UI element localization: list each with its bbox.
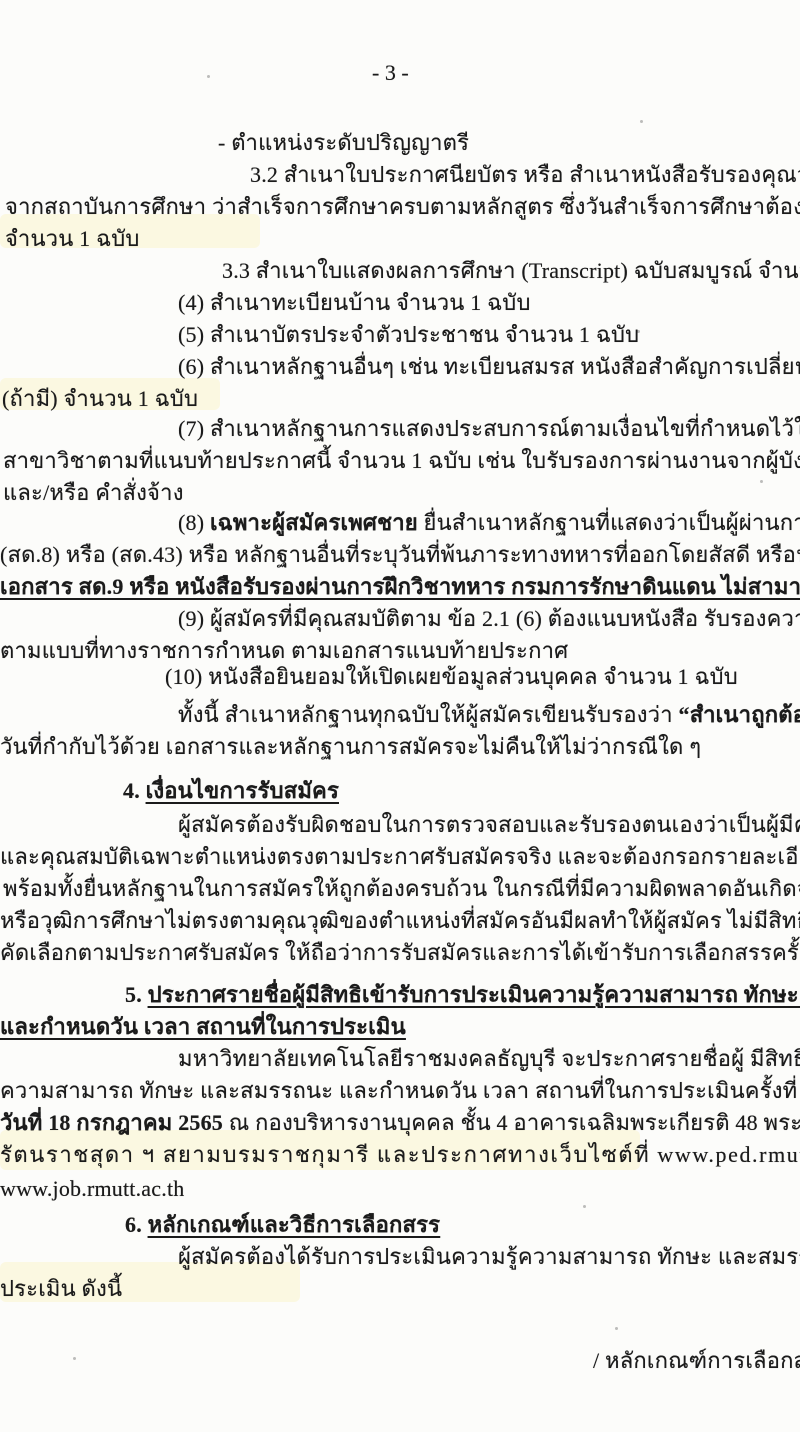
section-4-para-line-1: ผู้สมัครต้องรับผิดชอบในการตรวจสอบและรับร… bbox=[178, 810, 800, 840]
text-segment: (10) หนังสือยินยอมให้เปิดเผยข้อมูลส่วนบุ… bbox=[165, 664, 738, 689]
page-number: - 3 - bbox=[372, 60, 409, 86]
text-segment: ณ กองบริหารงานบุคคล ชั้น 4 อาคารเฉลิมพระ… bbox=[223, 1110, 800, 1135]
scanned-document-page: - 3 - - ตำแหน่งระดับปริญญาตรี 3.2 สำเนาใ… bbox=[0, 0, 800, 1432]
section-heading-6: 6. หลักเกณฑ์และวิธีการเลือกสรร bbox=[125, 1210, 440, 1240]
website-url: www.job.rmutt.ac.th bbox=[0, 1176, 184, 1201]
scan-artifact bbox=[615, 1327, 618, 1330]
item-6-line-1: (6) สำเนาหลักฐานอื่นๆ เช่น ทะเบียนสมรส ห… bbox=[178, 352, 800, 382]
note-line-1: ทั้งนี้ สำเนาหลักฐานทุกฉบับให้ผู้สมัครเข… bbox=[178, 700, 800, 730]
text-segment: สาขาวิชาตามที่แนบท้ายประกาศนี้ จำนวน 1 ฉ… bbox=[3, 448, 800, 473]
scan-artifact bbox=[73, 1357, 76, 1360]
section-heading-5-line-2: และกำหนดวัน เวลา สถานที่ในการประเมิน bbox=[0, 1012, 406, 1042]
text-segment: จากสถาบันการศึกษา ว่าสำเร็จการศึกษาครบตา… bbox=[5, 194, 800, 219]
text-segment: - ตำแหน่งระดับปริญญาตรี bbox=[218, 130, 469, 155]
text-segment: ความสามารถ ทักษะ และสมรรถนะ และกำหนดวัน … bbox=[0, 1078, 800, 1103]
exam-date-bold: วันที่ 18 กรกฎาคม 2565 bbox=[0, 1110, 223, 1135]
scan-artifact bbox=[583, 1205, 586, 1208]
section-heading-4: 4. เงื่อนไขการรับสมัคร bbox=[123, 776, 339, 806]
section-title: เงื่อนไขการรับสมัคร bbox=[146, 778, 339, 803]
text-segment: รัตนราชสุดา ฯ สยามบรมราชกุมารี และประกาศ… bbox=[0, 1142, 800, 1167]
item-5-line: (5) สำเนาบัตรประจำตัวประชาชน จำนวน 1 ฉบั… bbox=[178, 320, 639, 350]
text-segment: ตามแบบที่ทางราชการกำหนด ตามเอกสารแนบท้าย… bbox=[0, 638, 568, 663]
item-6-line-2: (ถ้ามี) จำนวน 1 ฉบับ bbox=[2, 384, 198, 414]
scan-artifact bbox=[640, 120, 643, 123]
text-segment: ยื่นสำเนาหลักฐานที่แสดงว่าเป็นผู้ผ่านการ… bbox=[418, 510, 800, 535]
section-number: 5. bbox=[125, 982, 148, 1007]
text-segment: และคุณสมบัติเฉพาะตำแหน่งตรงตามประกาศรับส… bbox=[0, 844, 800, 869]
text-segment: / หลักเกณฑ์การเลือกสรร.... bbox=[593, 1348, 800, 1373]
text-segment: ประเมิน ดังนี้ bbox=[0, 1276, 122, 1301]
text-segment: (ถ้ามี) จำนวน 1 ฉบับ bbox=[2, 386, 198, 411]
section-6-para-line-2: ประเมิน ดังนี้ bbox=[0, 1274, 122, 1304]
item-4-line: (4) สำเนาทะเบียนบ้าน จำนวน 1 ฉบับ bbox=[178, 288, 531, 318]
text-segment: มหาวิทยาลัยเทคโนโลยีราชมงคลธัญบุรี จะประ… bbox=[178, 1046, 800, 1071]
website-url-line: www.job.rmutt.ac.th bbox=[0, 1174, 184, 1204]
note-line-2: วันที่กำกับไว้ด้วย เอกสารและหลักฐานการสม… bbox=[0, 732, 701, 762]
item-3-2-line-1: 3.2 สำเนาใบประกาศนียบัตร หรือ สำเนาหนังส… bbox=[250, 160, 800, 190]
section-5-para-line-1: มหาวิทยาลัยเทคโนโลยีราชมงคลธัญบุรี จะประ… bbox=[178, 1044, 800, 1074]
section-4-para-line-3: พร้อมทั้งยื่นหลักฐานในการสมัครให้ถูกต้อง… bbox=[3, 874, 800, 904]
section-4-para-line-5: คัดเลือกตามประกาศรับสมัคร ให้ถือว่าการรั… bbox=[0, 938, 800, 968]
section-6-para-line-1: ผู้สมัครต้องได้รับการประเมินความรู้ความส… bbox=[178, 1242, 800, 1272]
text-segment: (6) สำเนาหลักฐานอื่นๆ เช่น ทะเบียนสมรส ห… bbox=[178, 354, 800, 379]
item-9-line-1: (9) ผู้สมัครที่มีคุณสมบัติตาม ข้อ 2.1 (6… bbox=[178, 604, 800, 634]
item-7-line-1: (7) สำเนาหลักฐานการแสดงประสบการณ์ตามเงื่… bbox=[178, 414, 800, 444]
continuation-note: / หลักเกณฑ์การเลือกสรร.... bbox=[593, 1346, 800, 1376]
text-segment: (9) ผู้สมัครที่มีคุณสมบัติตาม ข้อ 2.1 (6… bbox=[178, 606, 800, 631]
item-7-line-3: และ/หรือ คำสั่งจ้าง bbox=[3, 478, 184, 508]
text-segment-bold-underline: เอกสาร สด.9 หรือ หนังสือรับรองผ่านการฝึก… bbox=[0, 574, 800, 599]
section-heading-5: 5. ประกาศรายชื่อผู้มีสิทธิเข้ารับการประเ… bbox=[125, 980, 800, 1010]
text-segment: 3.3 สำเนาใบแสดงผลการศึกษา (Transcript) ฉ… bbox=[222, 258, 800, 283]
text-segment: ทั้งนี้ สำเนาหลักฐานทุกฉบับให้ผู้สมัครเข… bbox=[178, 702, 679, 727]
text-segment: พร้อมทั้งยื่นหลักฐานในการสมัครให้ถูกต้อง… bbox=[3, 876, 800, 901]
text-segment: หรือวุฒิการศึกษาไม่ตรงตามคุณวุฒิของตำแหน… bbox=[0, 908, 800, 933]
text-segment-bold: เฉพาะผู้สมัครเพศชาย bbox=[210, 510, 418, 535]
text-segment: คัดเลือกตามประกาศรับสมัคร ให้ถือว่าการรั… bbox=[0, 940, 800, 965]
item-7-line-2: สาขาวิชาตามที่แนบท้ายประกาศนี้ จำนวน 1 ฉ… bbox=[3, 446, 800, 476]
text-segment: จำนวน 1 ฉบับ bbox=[5, 226, 140, 251]
section-title: หลักเกณฑ์และวิธีการเลือกสรร bbox=[148, 1212, 441, 1237]
scan-artifact bbox=[207, 75, 210, 78]
item-8-line-3-emphasis: เอกสาร สด.9 หรือ หนังสือรับรองผ่านการฝึก… bbox=[0, 572, 800, 602]
item-3-2-line-2: จากสถาบันการศึกษา ว่าสำเร็จการศึกษาครบตา… bbox=[5, 192, 800, 222]
section-4-para-line-2: และคุณสมบัติเฉพาะตำแหน่งตรงตามประกาศรับส… bbox=[0, 842, 800, 872]
item-3-3-line: 3.3 สำเนาใบแสดงผลการศึกษา (Transcript) ฉ… bbox=[222, 256, 800, 286]
item-3-2-line-3: จำนวน 1 ฉบับ bbox=[5, 224, 140, 254]
text-segment: (5) สำเนาบัตรประจำตัวประชาชน จำนวน 1 ฉบั… bbox=[178, 322, 639, 347]
degree-level-line: - ตำแหน่งระดับปริญญาตรี bbox=[218, 128, 469, 158]
text-segment: และ/หรือ คำสั่งจ้าง bbox=[3, 480, 184, 505]
text-segment: (4) สำเนาทะเบียนบ้าน จำนวน 1 ฉบับ bbox=[178, 290, 531, 315]
text-segment-bold: “สำเนาถูกต้อง” bbox=[679, 702, 800, 727]
section-4-para-line-4: หรือวุฒิการศึกษาไม่ตรงตามคุณวุฒิของตำแหน… bbox=[0, 906, 800, 936]
section-5-para-line-2: ความสามารถ ทักษะ และสมรรถนะ และกำหนดวัน … bbox=[0, 1076, 800, 1106]
text-segment: 3.2 สำเนาใบประกาศนียบัตร หรือ สำเนาหนังส… bbox=[250, 162, 800, 187]
scan-artifact bbox=[760, 480, 763, 483]
section-5-para-line-4: รัตนราชสุดา ฯ สยามบรมราชกุมารี และประกาศ… bbox=[0, 1140, 800, 1170]
item-8-line-2: (สด.8) หรือ (สด.43) หรือ หลักฐานอื่นที่ร… bbox=[0, 540, 800, 570]
text-segment: วันที่กำกับไว้ด้วย เอกสารและหลักฐานการสม… bbox=[0, 734, 701, 759]
item-10-line: (10) หนังสือยินยอมให้เปิดเผยข้อมูลส่วนบุ… bbox=[165, 662, 738, 692]
item-8-line-1: (8) เฉพาะผู้สมัครเพศชาย ยื่นสำเนาหลักฐาน… bbox=[178, 508, 800, 538]
text-segment: (7) สำเนาหลักฐานการแสดงประสบการณ์ตามเงื่… bbox=[178, 416, 800, 441]
text-segment: ผู้สมัครต้องรับผิดชอบในการตรวจสอบและรับร… bbox=[178, 812, 800, 837]
text-segment: ผู้สมัครต้องได้รับการประเมินความรู้ความส… bbox=[178, 1244, 800, 1269]
section-5-para-line-3: วันที่ 18 กรกฎาคม 2565 ณ กองบริหารงานบุค… bbox=[0, 1108, 800, 1138]
text-segment: (สด.8) หรือ (สด.43) หรือ หลักฐานอื่นที่ร… bbox=[0, 542, 800, 567]
section-number: 4. bbox=[123, 778, 146, 803]
section-number: 6. bbox=[125, 1212, 148, 1237]
section-title: และกำหนดวัน เวลา สถานที่ในการประเมิน bbox=[0, 1014, 406, 1039]
section-title: ประกาศรายชื่อผู้มีสิทธิเข้ารับการประเมิน… bbox=[148, 982, 800, 1007]
text-segment: (8) bbox=[178, 510, 210, 535]
